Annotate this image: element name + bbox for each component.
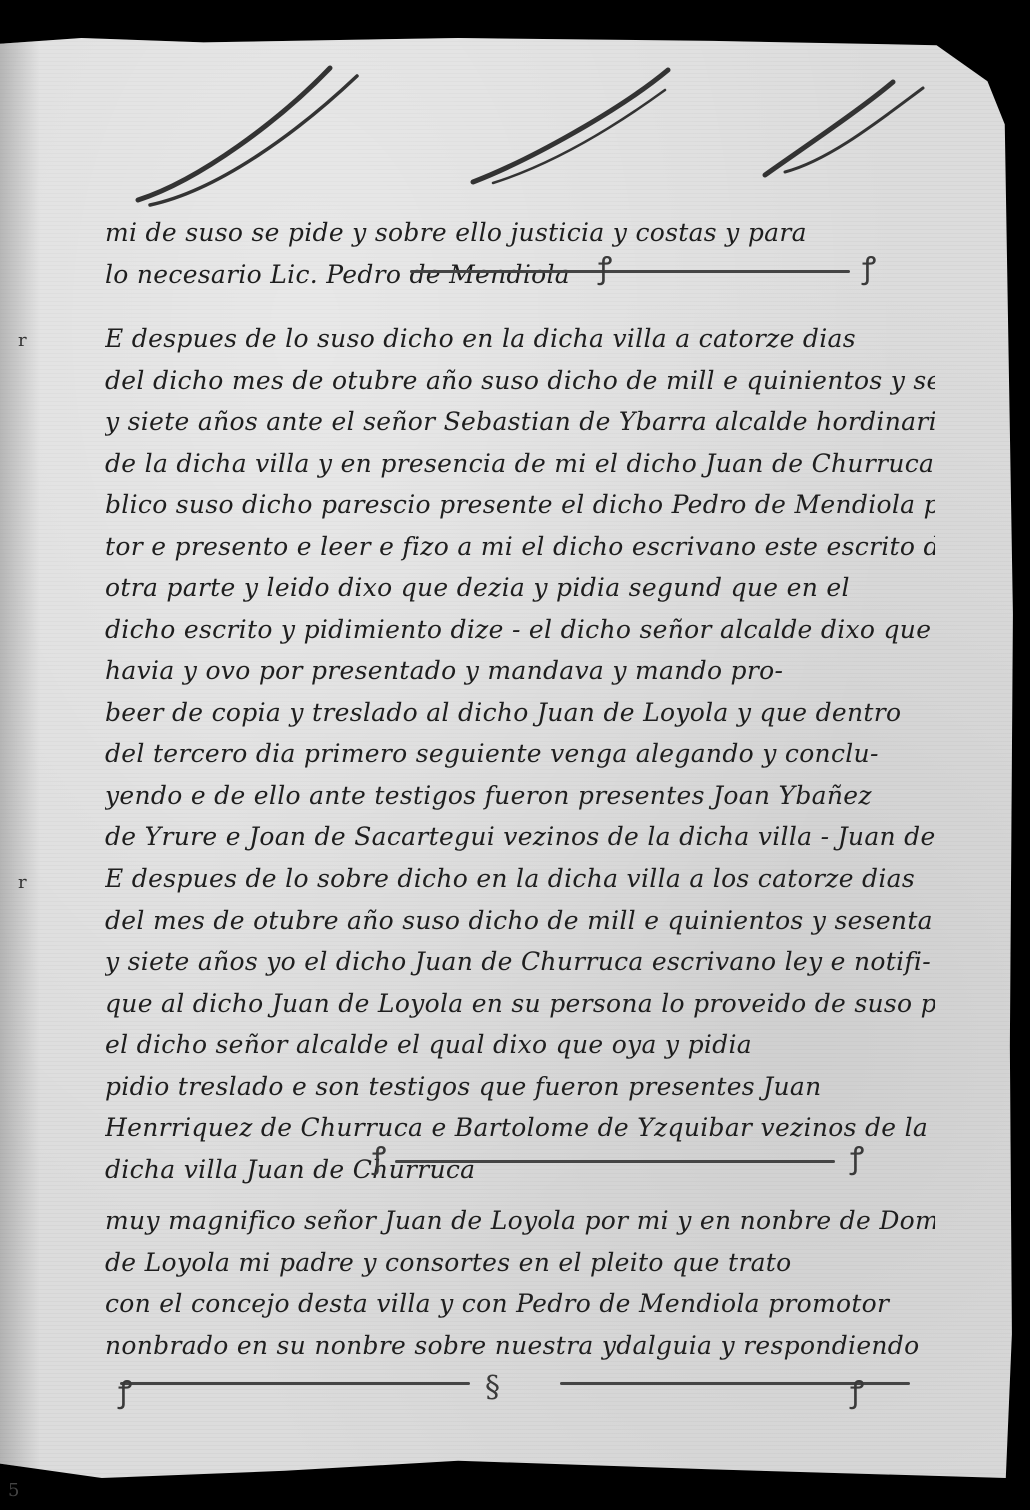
line-filler-rule xyxy=(120,1382,470,1385)
text-line: con el concejo desta villa y con Pedro d… xyxy=(105,1283,935,1325)
text-line: del mes de otubre año suso dicho de mill… xyxy=(105,900,935,942)
text-line: el dicho señor alcalde el qual dixo que … xyxy=(105,1024,935,1066)
text-line: de Yrure e Joan de Sacartegui vezinos de… xyxy=(105,816,935,858)
text-line: del dicho mes de otubre año suso dicho d… xyxy=(105,360,935,402)
line-filler-rule xyxy=(395,1160,835,1163)
page-number: 5 xyxy=(8,1480,19,1501)
text-line: muy magnifico señor Juan de Loyola por m… xyxy=(105,1200,935,1242)
text-line: yendo e de ello ante testigos fueron pre… xyxy=(105,775,935,817)
paragraph-1: mi de suso se pide y sobre ello justicia… xyxy=(105,212,935,295)
text-line: dicho escrito y pidimiento dize - el dic… xyxy=(105,609,935,651)
rubric-icon: ꝭ xyxy=(118,1370,132,1411)
line-filler-rule xyxy=(410,270,850,273)
text-line: blico suso dicho parescio presente el di… xyxy=(105,484,935,526)
paragraph-4: muy magnifico señor Juan de Loyola por m… xyxy=(105,1200,935,1366)
text-line: dicha villa Juan de Churruca xyxy=(105,1149,935,1191)
text-line: E despues de lo suso dicho en la dicha v… xyxy=(105,318,935,360)
text-line: E despues de lo sobre dicho en la dicha … xyxy=(105,858,935,900)
margin-mark-1: r xyxy=(18,330,27,351)
text-line: de Loyola mi padre y consortes en el ple… xyxy=(105,1242,935,1284)
scanned-page-background: r r 5 mi de suso se pide y sobre ello ju… xyxy=(0,0,1030,1510)
text-line: lo necesario Lic. Pedro de Mendiola xyxy=(105,254,935,296)
paragraph-3: E despues de lo sobre dicho en la dicha … xyxy=(105,858,935,1190)
text-line: del tercero dia primero seguiente venga … xyxy=(105,733,935,775)
rubric-icon: ꝭ xyxy=(598,246,612,287)
text-line: otra parte y leido dixo que dezia y pidi… xyxy=(105,567,935,609)
rubric-icon: ꝭ xyxy=(862,246,876,287)
rubric-icon: ꝭ xyxy=(850,1136,864,1177)
text-line: nonbrado en su nonbre sobre nuestra ydal… xyxy=(105,1325,935,1367)
text-line: havia y ovo por presentado y mandava y m… xyxy=(105,650,935,692)
paragraph-2: E despues de lo suso dicho en la dicha v… xyxy=(105,318,935,858)
rubric-icon: § xyxy=(485,1370,500,1405)
text-line: y siete años yo el dicho Juan de Churruc… xyxy=(105,941,935,983)
text-line: tor e presento e leer e fizo a mi el dic… xyxy=(105,526,935,568)
rubric-icon: ꝭ xyxy=(850,1370,864,1411)
rubric-icon: ꝭ xyxy=(372,1136,386,1177)
text-line: de la dicha villa y en presencia de mi e… xyxy=(105,443,935,485)
text-line: pidio treslado e son testigos que fueron… xyxy=(105,1066,935,1108)
text-line: Henrriquez de Churruca e Bartolome de Yz… xyxy=(105,1107,935,1149)
text-line: y siete años ante el señor Sebastian de … xyxy=(105,401,935,443)
text-line: beer de copia y treslado al dicho Juan d… xyxy=(105,692,935,734)
text-line: mi de suso se pide y sobre ello justicia… xyxy=(105,212,935,254)
margin-mark-2: r xyxy=(18,872,27,893)
text-line: que al dicho Juan de Loyola en su person… xyxy=(105,983,935,1025)
